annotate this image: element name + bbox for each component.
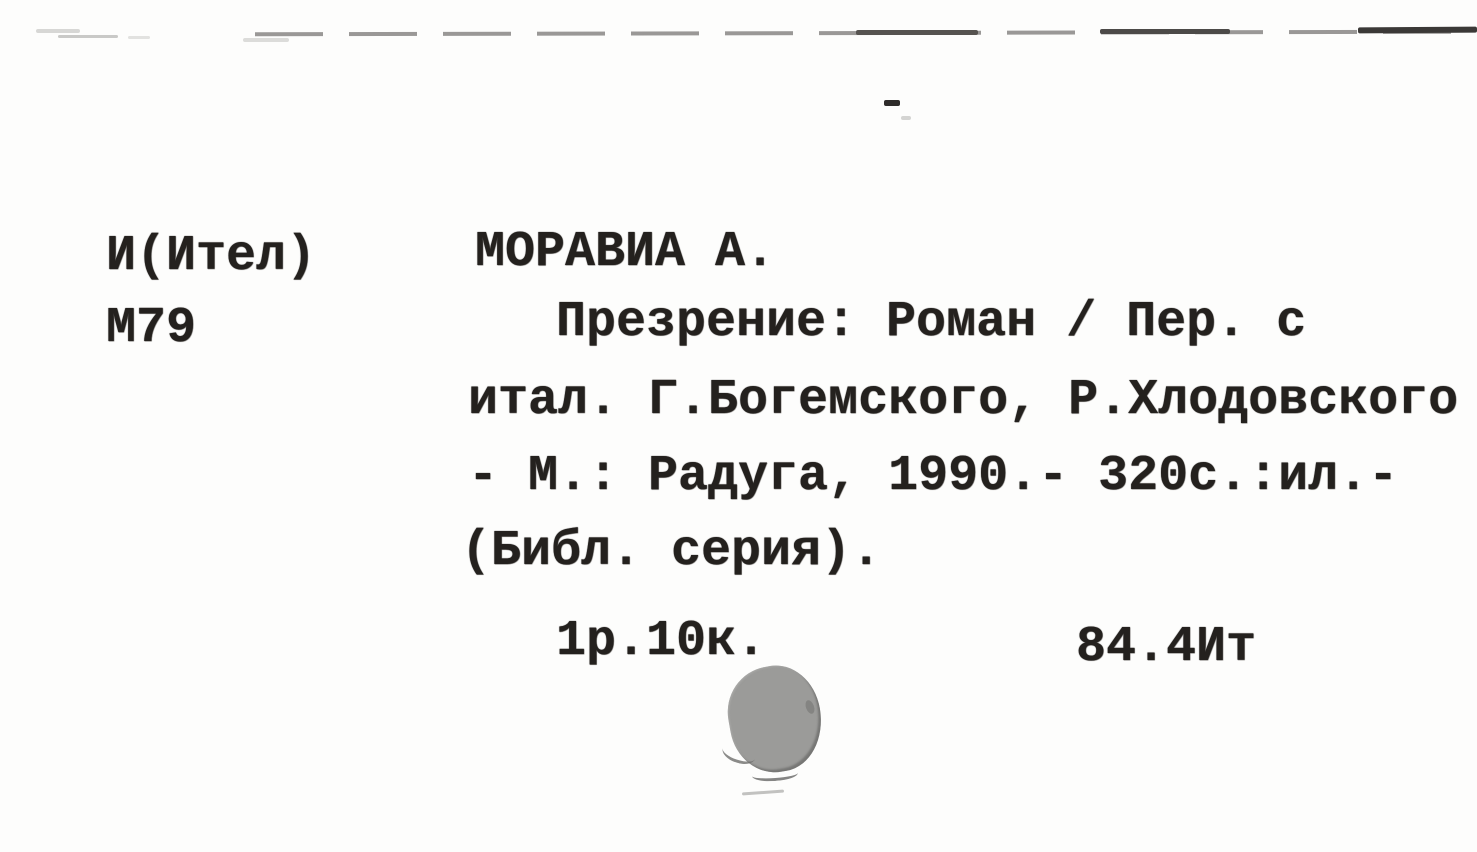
- title-line-2: итал. Г.Богемского, Р.Хлодовского: [468, 370, 1458, 432]
- classification-index: 84.4Ит: [1076, 617, 1256, 679]
- author-heading: МОРАВИА А.: [475, 222, 775, 284]
- title-line-4: (Библ. серия).: [461, 521, 881, 583]
- call-number-line2: М79: [106, 298, 196, 360]
- stray-ink-mark: [884, 100, 900, 106]
- price: 1р.10к.: [556, 611, 766, 673]
- title-line-3: - М.: Радуга, 1990.- 320с.:ил.-: [468, 446, 1398, 508]
- stray-ink-fleck: [901, 116, 911, 120]
- catalog-card: И(Ител) М79 МОРАВИА А. Презрение: Роман …: [0, 0, 1477, 852]
- call-number-line1: И(Ител): [106, 226, 316, 288]
- title-line-1: Презрение: Роман / Пер. с: [556, 292, 1306, 354]
- smudge-trace: [742, 790, 784, 796]
